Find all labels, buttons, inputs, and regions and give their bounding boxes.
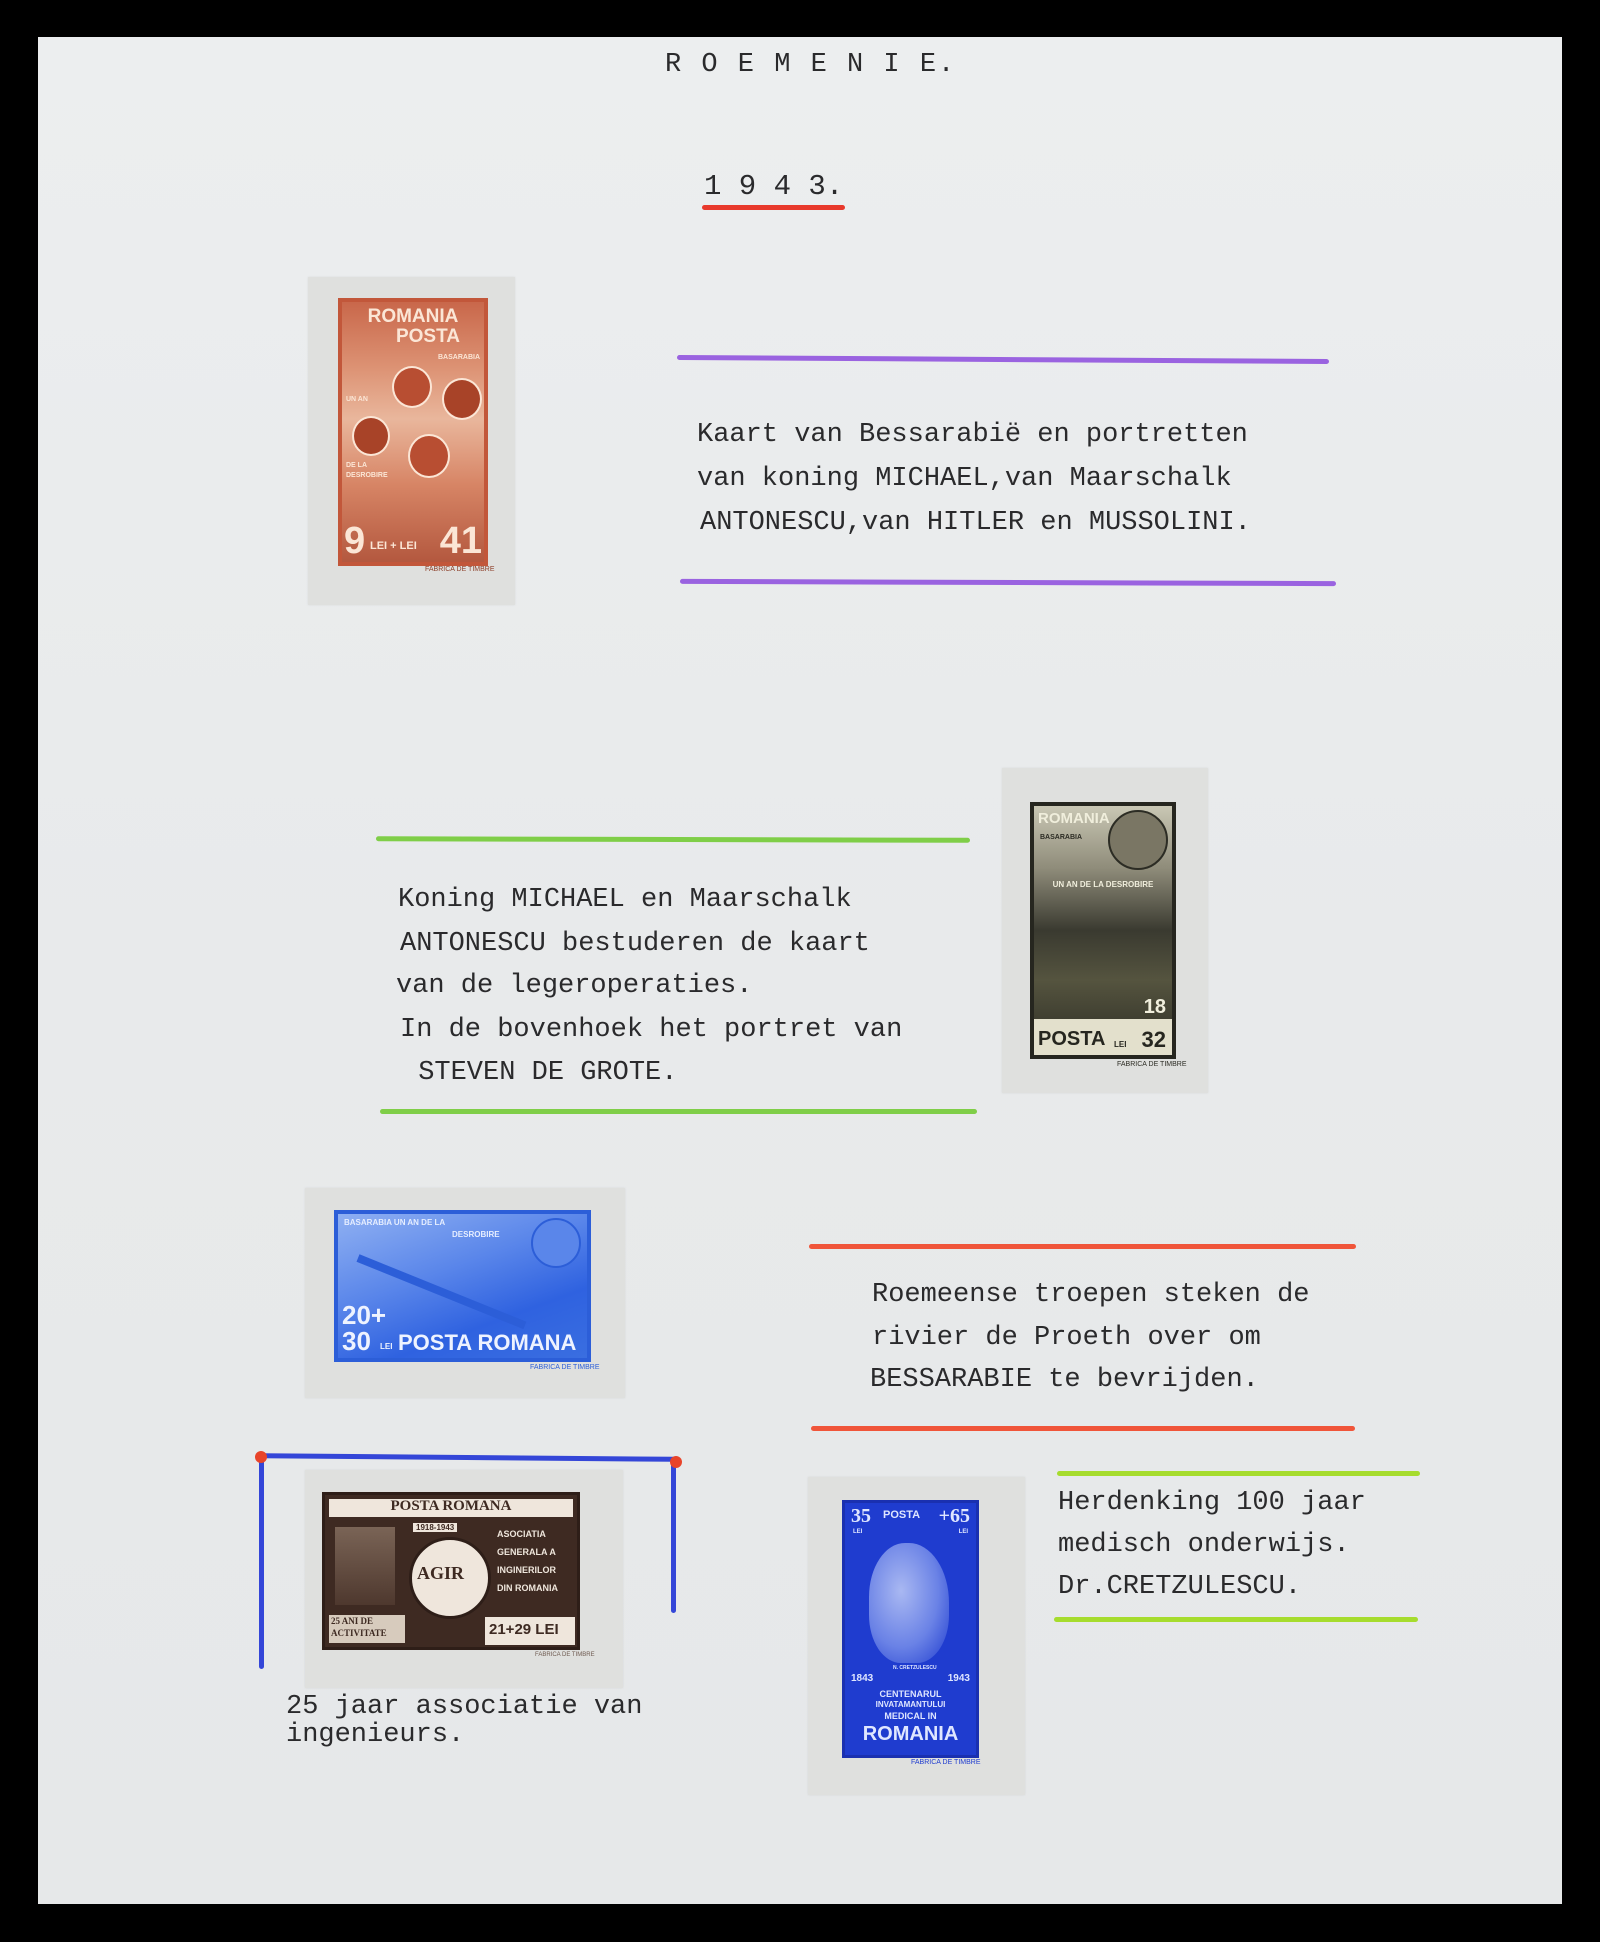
caption-4-line-1: 25 jaar associatie van — [286, 1692, 642, 1722]
portrait-antonescu — [408, 434, 450, 478]
blue-bracket-right — [671, 1460, 676, 1613]
portrait-steven-de-grote — [1108, 810, 1168, 870]
caption-1-line-3: ANTONESCU,van HITLER en MUSSOLINI. — [700, 508, 1251, 538]
stamp-5-text-2: INVATAMANTULUI — [845, 1700, 976, 1709]
stamp-1-second-label: POSTA — [372, 326, 484, 348]
stamp-5-top-label: POSTA — [883, 1509, 920, 1521]
stamp-4-assoc-1: ASOCIATIA — [497, 1529, 546, 1539]
caption-2-line-5: STEVEN DE GROTE. — [402, 1058, 677, 1088]
bracket-dot-left — [255, 1451, 267, 1463]
year-underline — [702, 205, 845, 210]
stamp-4-assoc-2: GENERALA A — [497, 1547, 556, 1557]
blue-bracket-left — [259, 1457, 264, 1669]
lime-rule-bottom — [1054, 1617, 1418, 1622]
stamp-1-side-text-2: DE LA — [346, 462, 367, 469]
caption-1-line-2: van koning MICHAEL,van Maarschalk — [697, 464, 1232, 494]
caption-3-line-1: Roemeense troepen steken de — [872, 1280, 1309, 1310]
stamp-4-top-label: POSTA ROMANA — [325, 1498, 577, 1515]
caption-5-line-1: Herdenking 100 jaar — [1058, 1488, 1366, 1518]
stamp-3-top-label: BASARABIA UN AN DE LA — [344, 1218, 445, 1227]
stamp-4-monogram: AGIR — [417, 1563, 464, 1584]
stamp-1-region: BASARABIA — [438, 354, 480, 361]
stamp-2-region: BASARABIA — [1040, 834, 1082, 841]
stamp-michael-antonescu[interactable]: ROMANIA BASARABIA UN AN DE LA DESROBIRE … — [1030, 802, 1176, 1059]
caption-3-line-3: BESSARABIE te bevrijden. — [870, 1365, 1259, 1395]
caption-1-line-1: Kaart van Bessarabië en portretten — [697, 420, 1248, 450]
stamp-bessarabia-map[interactable]: ROMANIA POSTA BASARABIA UN AN DE LA DESR… — [338, 298, 488, 566]
caption-5-line-3: Dr.CRETZULESCU. — [1058, 1572, 1301, 1602]
stamp-3-currency: LEI — [380, 1342, 392, 1351]
stamp-2-currency: LEI — [1114, 1040, 1126, 1049]
stamp-1-printer: FABRICA DE TIMBRE — [425, 566, 495, 573]
stamp-4-anniv-2: ACTIVITATE — [331, 1628, 387, 1638]
stamp-cretzulescu[interactable]: 35 POSTA +65 LEI LEI N. CRETZULESCU 1843… — [842, 1500, 979, 1758]
stamp-4-assoc-3: INGINERILOR — [497, 1565, 556, 1575]
stamp-2-banner: UN AN DE LA DESROBIRE — [1034, 880, 1172, 889]
stamp-5-year-left: 1843 — [851, 1673, 873, 1684]
stamp-5-text-3: MEDICAL IN — [845, 1711, 976, 1721]
caption-2-line-2: ANTONESCU bestuderen de kaart — [400, 929, 870, 959]
stamp-5-value-right: +65 — [939, 1505, 970, 1528]
stamp-1-side-text-3: DESROBIRE — [346, 472, 388, 479]
stamp-5-value-left: 35 — [851, 1505, 871, 1528]
portrait-michael — [392, 366, 432, 408]
portrait-cretzulescu — [869, 1543, 949, 1663]
stamp-4-years: 1918-1943 — [413, 1523, 457, 1532]
stamp-4-anniv-1: 25 ANI DE — [331, 1616, 373, 1626]
country-heading: R O E M E N I E. — [665, 50, 956, 80]
orange-rule-top — [809, 1244, 1356, 1249]
year-heading: 1 9 4 3. — [704, 170, 843, 203]
stamp-1-value-left: 9 — [344, 520, 365, 563]
album-page — [38, 37, 1562, 1904]
caption-5-line-2: medisch onderwijs. — [1058, 1530, 1350, 1560]
stamp-1-side-text-1: UN AN — [346, 396, 368, 403]
stamp-2-value-bottom: 32 — [1142, 1027, 1166, 1053]
caption-4-line-2: ingenieurs. — [286, 1720, 464, 1750]
stamp-engineers-association[interactable]: POSTA ROMANA 1918-1943 AGIR ASOCIATIA GE… — [322, 1492, 580, 1650]
stamp-5-text-1: CENTENARUL — [845, 1689, 976, 1699]
stamp-4-value: 21+29 LEI — [489, 1621, 559, 1638]
stamp-troops-crossing[interactable]: BASARABIA UN AN DE LA DESROBIRE 20+ 30 L… — [334, 1210, 591, 1362]
stamp-1-top-label: ROMANIA — [342, 306, 484, 328]
stamp-3-top-label-2: DESROBIRE — [452, 1230, 500, 1239]
stamp-5-year-right: 1943 — [948, 1673, 970, 1684]
stamp-4-assoc-4: DIN ROMANIA — [497, 1583, 558, 1593]
stamp-1-value-mid: LEI + LEI — [370, 540, 417, 552]
orange-rule-bottom — [811, 1426, 1355, 1431]
portrait-hitler — [352, 416, 390, 456]
caption-2-line-4: In de bovenhoek het portret van — [400, 1015, 902, 1045]
stamp-5-country: ROMANIA — [845, 1723, 976, 1746]
caption-2-line-1: Koning MICHAEL en Maarschalk — [398, 885, 852, 915]
portrait-medallion — [531, 1218, 581, 1268]
portrait-mussolini — [442, 378, 482, 420]
stamp-3-bottom-label: POSTA ROMANA — [398, 1330, 576, 1356]
stamp-2-printer: FABRICA DE TIMBRE — [1117, 1061, 1187, 1068]
stamp-4-printer: FABRICA DE TIMBRE — [535, 1652, 595, 1658]
stamp-1-value-right: 41 — [440, 520, 482, 563]
stamp-5-currency-right: LEI — [959, 1529, 968, 1535]
stamp-3-value-bottom: 30 — [342, 1326, 371, 1357]
stamp-5-printer: FABRICA DE TIMBRE — [911, 1759, 981, 1766]
stamp-5-portrait-name: N. CRETZULESCU — [893, 1665, 937, 1671]
stamp-2-top-label: ROMANIA — [1038, 810, 1110, 827]
stamp-5-currency-left: LEI — [853, 1529, 862, 1535]
stamp-4-figure — [335, 1527, 395, 1605]
lime-rule-top — [1057, 1471, 1420, 1476]
stamp-3-printer: FABRICA DE TIMBRE — [530, 1364, 600, 1371]
bracket-dot-right — [670, 1456, 682, 1468]
stamp-2-bottom-label: POSTA — [1038, 1028, 1105, 1051]
green-rule-bottom — [380, 1109, 977, 1114]
caption-2-line-3: van de legeroperaties. — [396, 971, 752, 1001]
stamp-2-value-top: 18 — [1144, 996, 1166, 1019]
caption-3-line-2: rivier de Proeth over om — [872, 1323, 1261, 1353]
